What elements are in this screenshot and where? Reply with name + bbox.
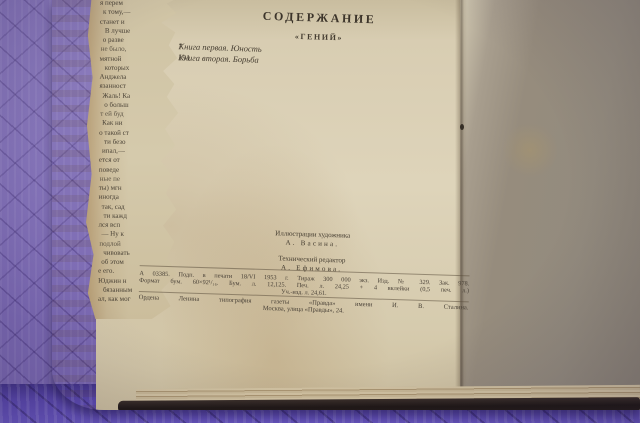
open-book: я перемк тому,—станет иВ лучшео развене … [52, 0, 640, 410]
toc-page-number: 191 [178, 53, 190, 62]
printed-content: СОДЕРЖАНИЕ «ГЕНИЙ» Книга первая. Юность … [99, 0, 474, 351]
facing-page-shadow [460, 0, 640, 410]
toc-page-number: 7 [178, 42, 182, 51]
contents-heading: СОДЕРЖАНИЕ [181, 6, 457, 30]
book-photo-scene: я перемк тому,—станет иВ лучшео развене … [0, 0, 640, 423]
illustrator-credit: Иллюстрации художника А. Васина. [174, 226, 450, 252]
